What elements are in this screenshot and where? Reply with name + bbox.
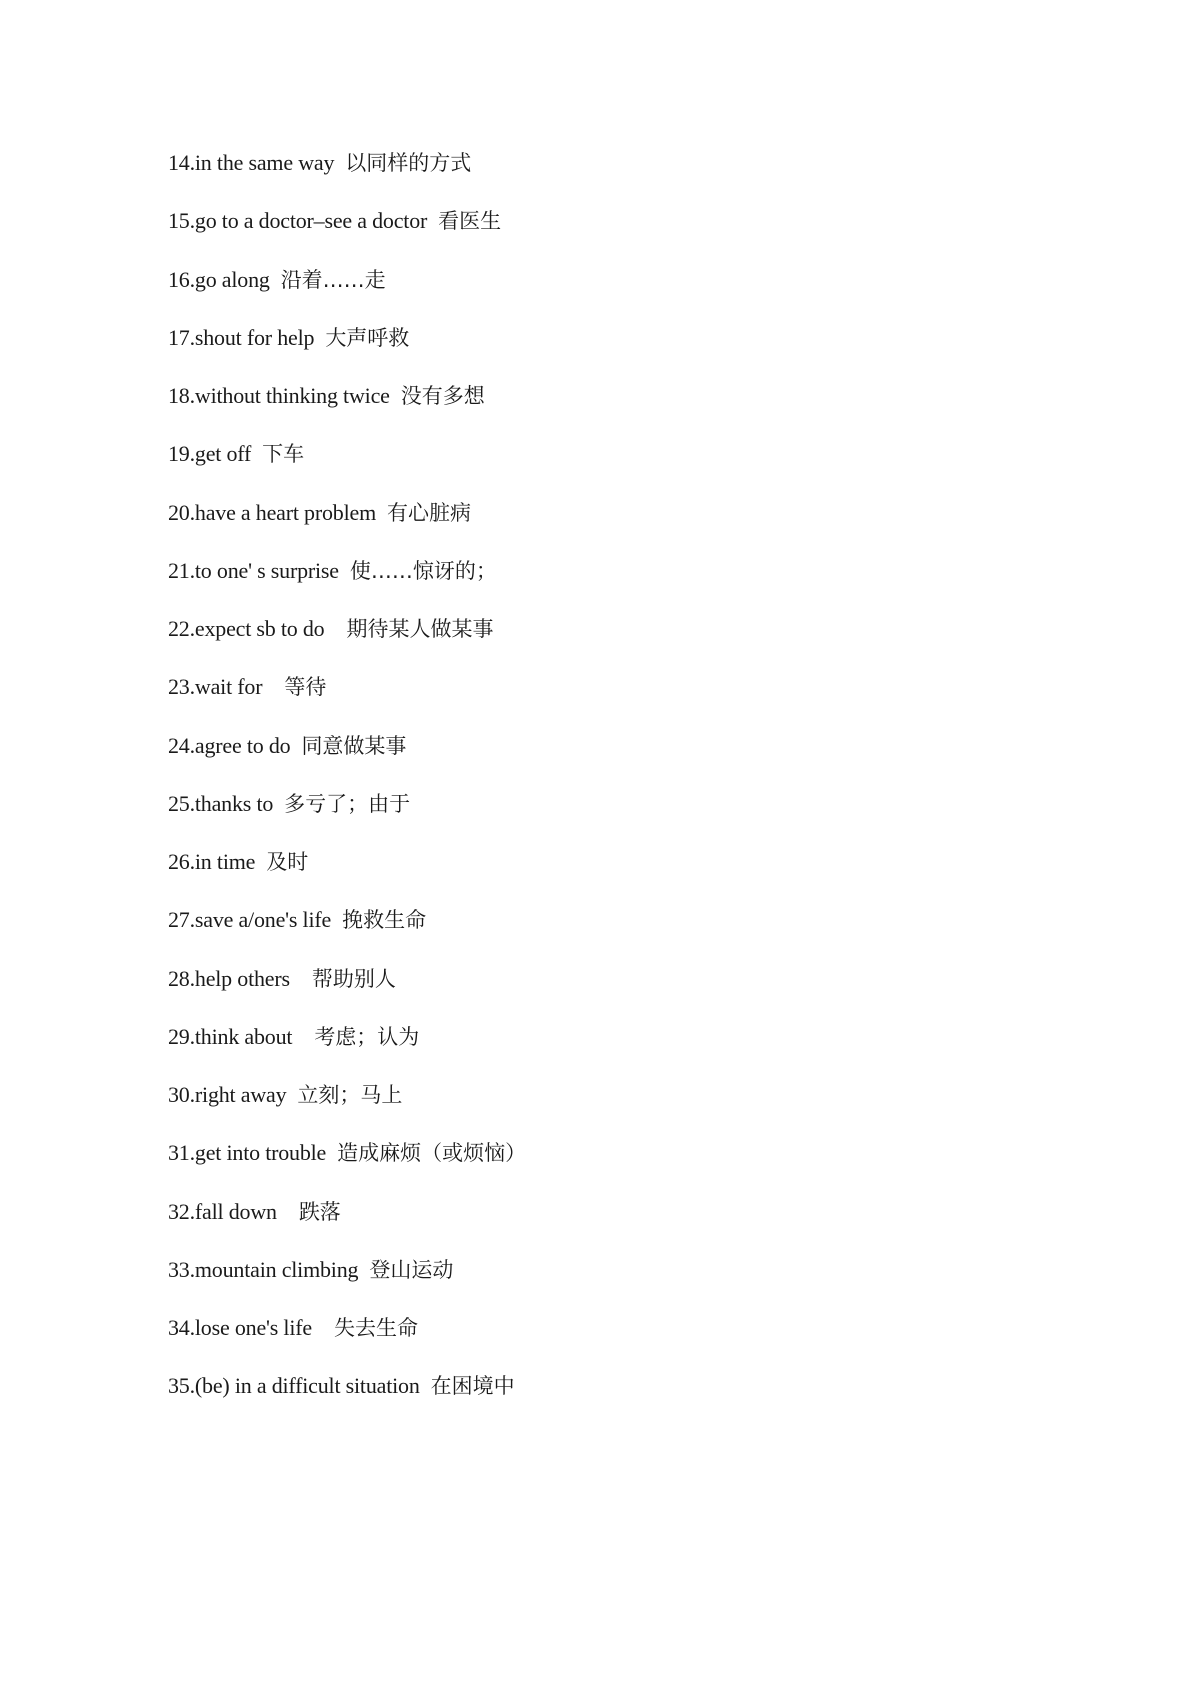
spacer [270,267,281,292]
phrase-chinese: 下车 [262,442,304,466]
spacer [290,966,312,991]
phrase-chinese: 造成麻烦（或烦恼） [337,1141,526,1165]
spacer [292,1024,314,1049]
spacer [420,1373,431,1398]
phrase-chinese: 等待 [284,675,326,699]
phrase-entry: 34.lose one's life 失去生命 [168,1311,526,1369]
phrase-chinese: 大声呼救 [325,326,409,350]
spacer [255,849,266,874]
phrase-chinese: 使……惊讶的； [350,559,497,583]
phrase-chinese: 帮助别人 [312,967,396,991]
phrase-english: 17.shout for help [168,325,314,350]
spacer [326,1140,337,1165]
phrase-english: 20.have a heart problem [168,500,376,525]
phrase-english: 27.save a/one's life [168,907,331,932]
spacer [324,616,346,641]
phrase-english: 33.mountain climbing [168,1257,358,1282]
phrase-entry: 23.wait for 等待 [168,670,526,728]
phrase-chinese: 没有多想 [401,384,485,408]
phrase-entry: 18.without thinking twice 没有多想 [168,379,526,437]
phrase-english: 23.wait for [168,674,262,699]
phrase-english: 22.expect sb to do [168,616,324,641]
phrase-entry: 26.in time 及时 [168,845,526,903]
spacer [390,383,401,408]
phrase-entry: 14.in the same way 以同样的方式 [168,146,526,204]
phrase-chinese: 同意做某事 [301,734,406,758]
phrase-chinese: 多亏了；由于 [284,792,410,816]
spacer [312,1315,334,1340]
spacer [277,1199,299,1224]
phrase-entry: 31.get into trouble 造成麻烦（或烦恼） [168,1136,526,1194]
spacer [262,674,284,699]
phrase-english: 30.right away [168,1082,286,1107]
spacer [251,441,262,466]
spacer [427,208,438,233]
phrase-chinese: 登山运动 [369,1258,453,1282]
phrase-english: 26.in time [168,849,255,874]
phrase-entry: 25.thanks to 多亏了；由于 [168,787,526,845]
phrase-list: 14.in the same way 以同样的方式 15.go to a doc… [168,146,526,1428]
phrase-english: 35.(be) in a difficult situation [168,1373,420,1398]
phrase-english: 15.go to a doctor–see a doctor [168,208,427,233]
phrase-entry: 24.agree to do 同意做某事 [168,729,526,787]
phrase-chinese: 及时 [266,850,308,874]
spacer [331,907,342,932]
spacer [273,791,284,816]
phrase-english: 19.get off [168,441,251,466]
spacer [286,1082,297,1107]
phrase-english: 14.in the same way [168,150,334,175]
phrase-chinese: 期待某人做某事 [346,617,493,641]
phrase-english: 24.agree to do [168,733,290,758]
phrase-entry: 27.save a/one's life 挽救生命 [168,903,526,961]
phrase-chinese: 沿着……走 [281,268,386,292]
phrase-chinese: 立刻；马上 [297,1083,402,1107]
phrase-chinese: 挽救生命 [342,908,426,932]
spacer [290,733,301,758]
phrase-entry: 28.help others 帮助别人 [168,962,526,1020]
spacer [339,558,350,583]
phrase-english: 28.help others [168,966,290,991]
phrase-english: 16.go along [168,267,270,292]
phrase-entry: 20.have a heart problem 有心脏病 [168,496,526,554]
phrase-english: 29.think about [168,1024,292,1049]
phrase-english: 18.without thinking twice [168,383,390,408]
spacer [376,500,387,525]
phrase-chinese: 以同样的方式 [345,151,471,175]
phrase-entry: 21.to one' s surprise 使……惊讶的； [168,554,526,612]
phrase-entry: 17.shout for help 大声呼救 [168,321,526,379]
phrase-english: 32.fall down [168,1199,277,1224]
spacer [358,1257,369,1282]
phrase-entry: 19.get off 下车 [168,437,526,495]
phrase-english: 31.get into trouble [168,1140,326,1165]
phrase-chinese: 跌落 [299,1200,341,1224]
phrase-chinese: 失去生命 [334,1316,418,1340]
phrase-entry: 15.go to a doctor–see a doctor 看医生 [168,204,526,262]
phrase-entry: 29.think about 考虑；认为 [168,1020,526,1078]
phrase-entry: 22.expect sb to do 期待某人做某事 [168,612,526,670]
phrase-english: 21.to one' s surprise [168,558,339,583]
spacer [334,150,345,175]
phrase-chinese: 有心脏病 [387,501,471,525]
phrase-entry: 16.go along 沿着……走 [168,263,526,321]
phrase-chinese: 考虑；认为 [314,1025,419,1049]
phrase-chinese: 在困境中 [431,1374,515,1398]
document-page: 14.in the same way 以同样的方式 15.go to a doc… [0,0,1190,1684]
phrase-entry: 32.fall down 跌落 [168,1195,526,1253]
phrase-entry: 30.right away 立刻；马上 [168,1078,526,1136]
spacer [314,325,325,350]
phrase-english: 34.lose one's life [168,1315,312,1340]
phrase-entry: 35.(be) in a difficult situation 在困境中 [168,1369,526,1427]
phrase-chinese: 看医生 [438,209,501,233]
phrase-english: 25.thanks to [168,791,273,816]
phrase-entry: 33.mountain climbing 登山运动 [168,1253,526,1311]
